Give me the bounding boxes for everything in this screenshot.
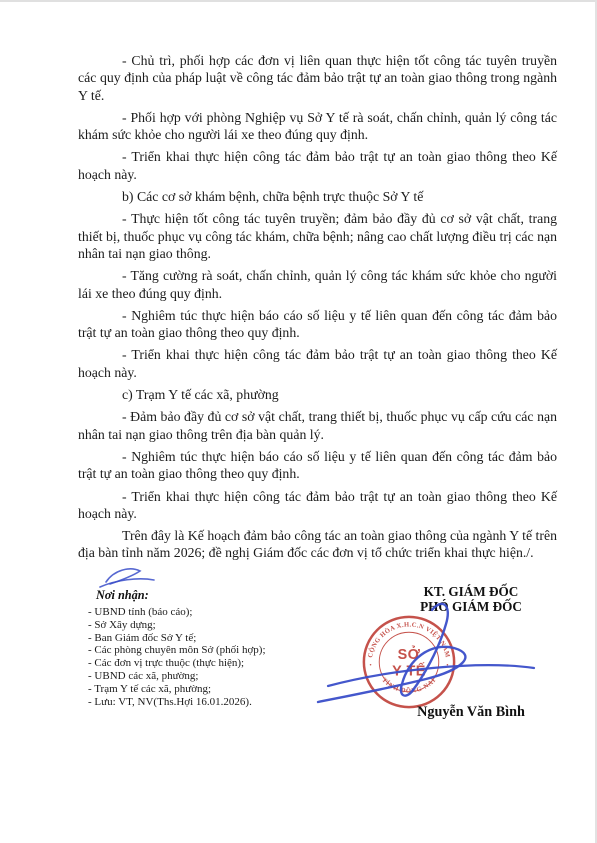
closing-paragraph: Trên đây là Kế hoạch đảm bảo công tác an… bbox=[78, 527, 557, 562]
paragraph: - Triển khai thực hiện công tác đảm bảo … bbox=[78, 488, 557, 523]
recipient-item: - Sở Xây dựng; bbox=[88, 619, 318, 632]
recipient-item: - Lưu: VT, NV(Ths.Hợi 16.01.2026). bbox=[88, 696, 318, 709]
recipients-block: Nơi nhận: - UBND tỉnh (báo cáo); - Sở Xâ… bbox=[88, 588, 318, 708]
paragraph: - Chủ trì, phối hợp các đơn vị liên quan… bbox=[78, 52, 557, 104]
document-page: - Chủ trì, phối hợp các đơn vị liên quan… bbox=[0, 0, 597, 843]
recipient-item: - UBND các xã, phường; bbox=[88, 670, 318, 683]
signer-name: Nguyễn Văn Bình bbox=[393, 704, 549, 721]
document-body: - Chủ trì, phối hợp các đơn vị liên quan… bbox=[78, 52, 557, 567]
recipient-item: - UBND tỉnh (báo cáo); bbox=[88, 606, 318, 619]
recipient-item: - Ban Giám đốc Sở Y tế; bbox=[88, 632, 318, 645]
paragraph: - Nghiêm túc thực hiện báo cáo số liệu y… bbox=[78, 448, 557, 483]
paragraph: - Phối hợp với phòng Nghiệp vụ Sở Y tế r… bbox=[78, 109, 557, 144]
signature-title-line1: KT. GIÁM ĐỐC bbox=[393, 584, 549, 599]
recipient-item: - Các phòng chuyên môn Sở (phối hợp); bbox=[88, 644, 318, 657]
section-heading-b: b) Các cơ sở khám bệnh, chữa bệnh trực t… bbox=[78, 188, 557, 205]
paragraph: - Tăng cường rà soát, chấn chỉnh, quản l… bbox=[78, 267, 557, 302]
section-heading-c: c) Trạm Y tế các xã, phường bbox=[78, 386, 557, 403]
paragraph: - Nghiêm túc thực hiện báo cáo số liệu y… bbox=[78, 307, 557, 342]
paragraph: - Thực hiện tốt công tác tuyên truyền; đ… bbox=[78, 210, 557, 262]
paragraph: - Triển khai thực hiện công tác đảm bảo … bbox=[78, 346, 557, 381]
paragraph: - Đảm bảo đầy đủ cơ sở vật chất, trang t… bbox=[78, 408, 557, 443]
handwritten-signature bbox=[310, 598, 540, 710]
recipient-item: - Trạm Y tế các xã, phường; bbox=[88, 683, 318, 696]
recipients-heading: Nơi nhận: bbox=[96, 588, 318, 603]
recipient-item: - Các đơn vị trực thuộc (thực hiện); bbox=[88, 657, 318, 670]
paragraph: - Triển khai thực hiện công tác đảm bảo … bbox=[78, 148, 557, 183]
